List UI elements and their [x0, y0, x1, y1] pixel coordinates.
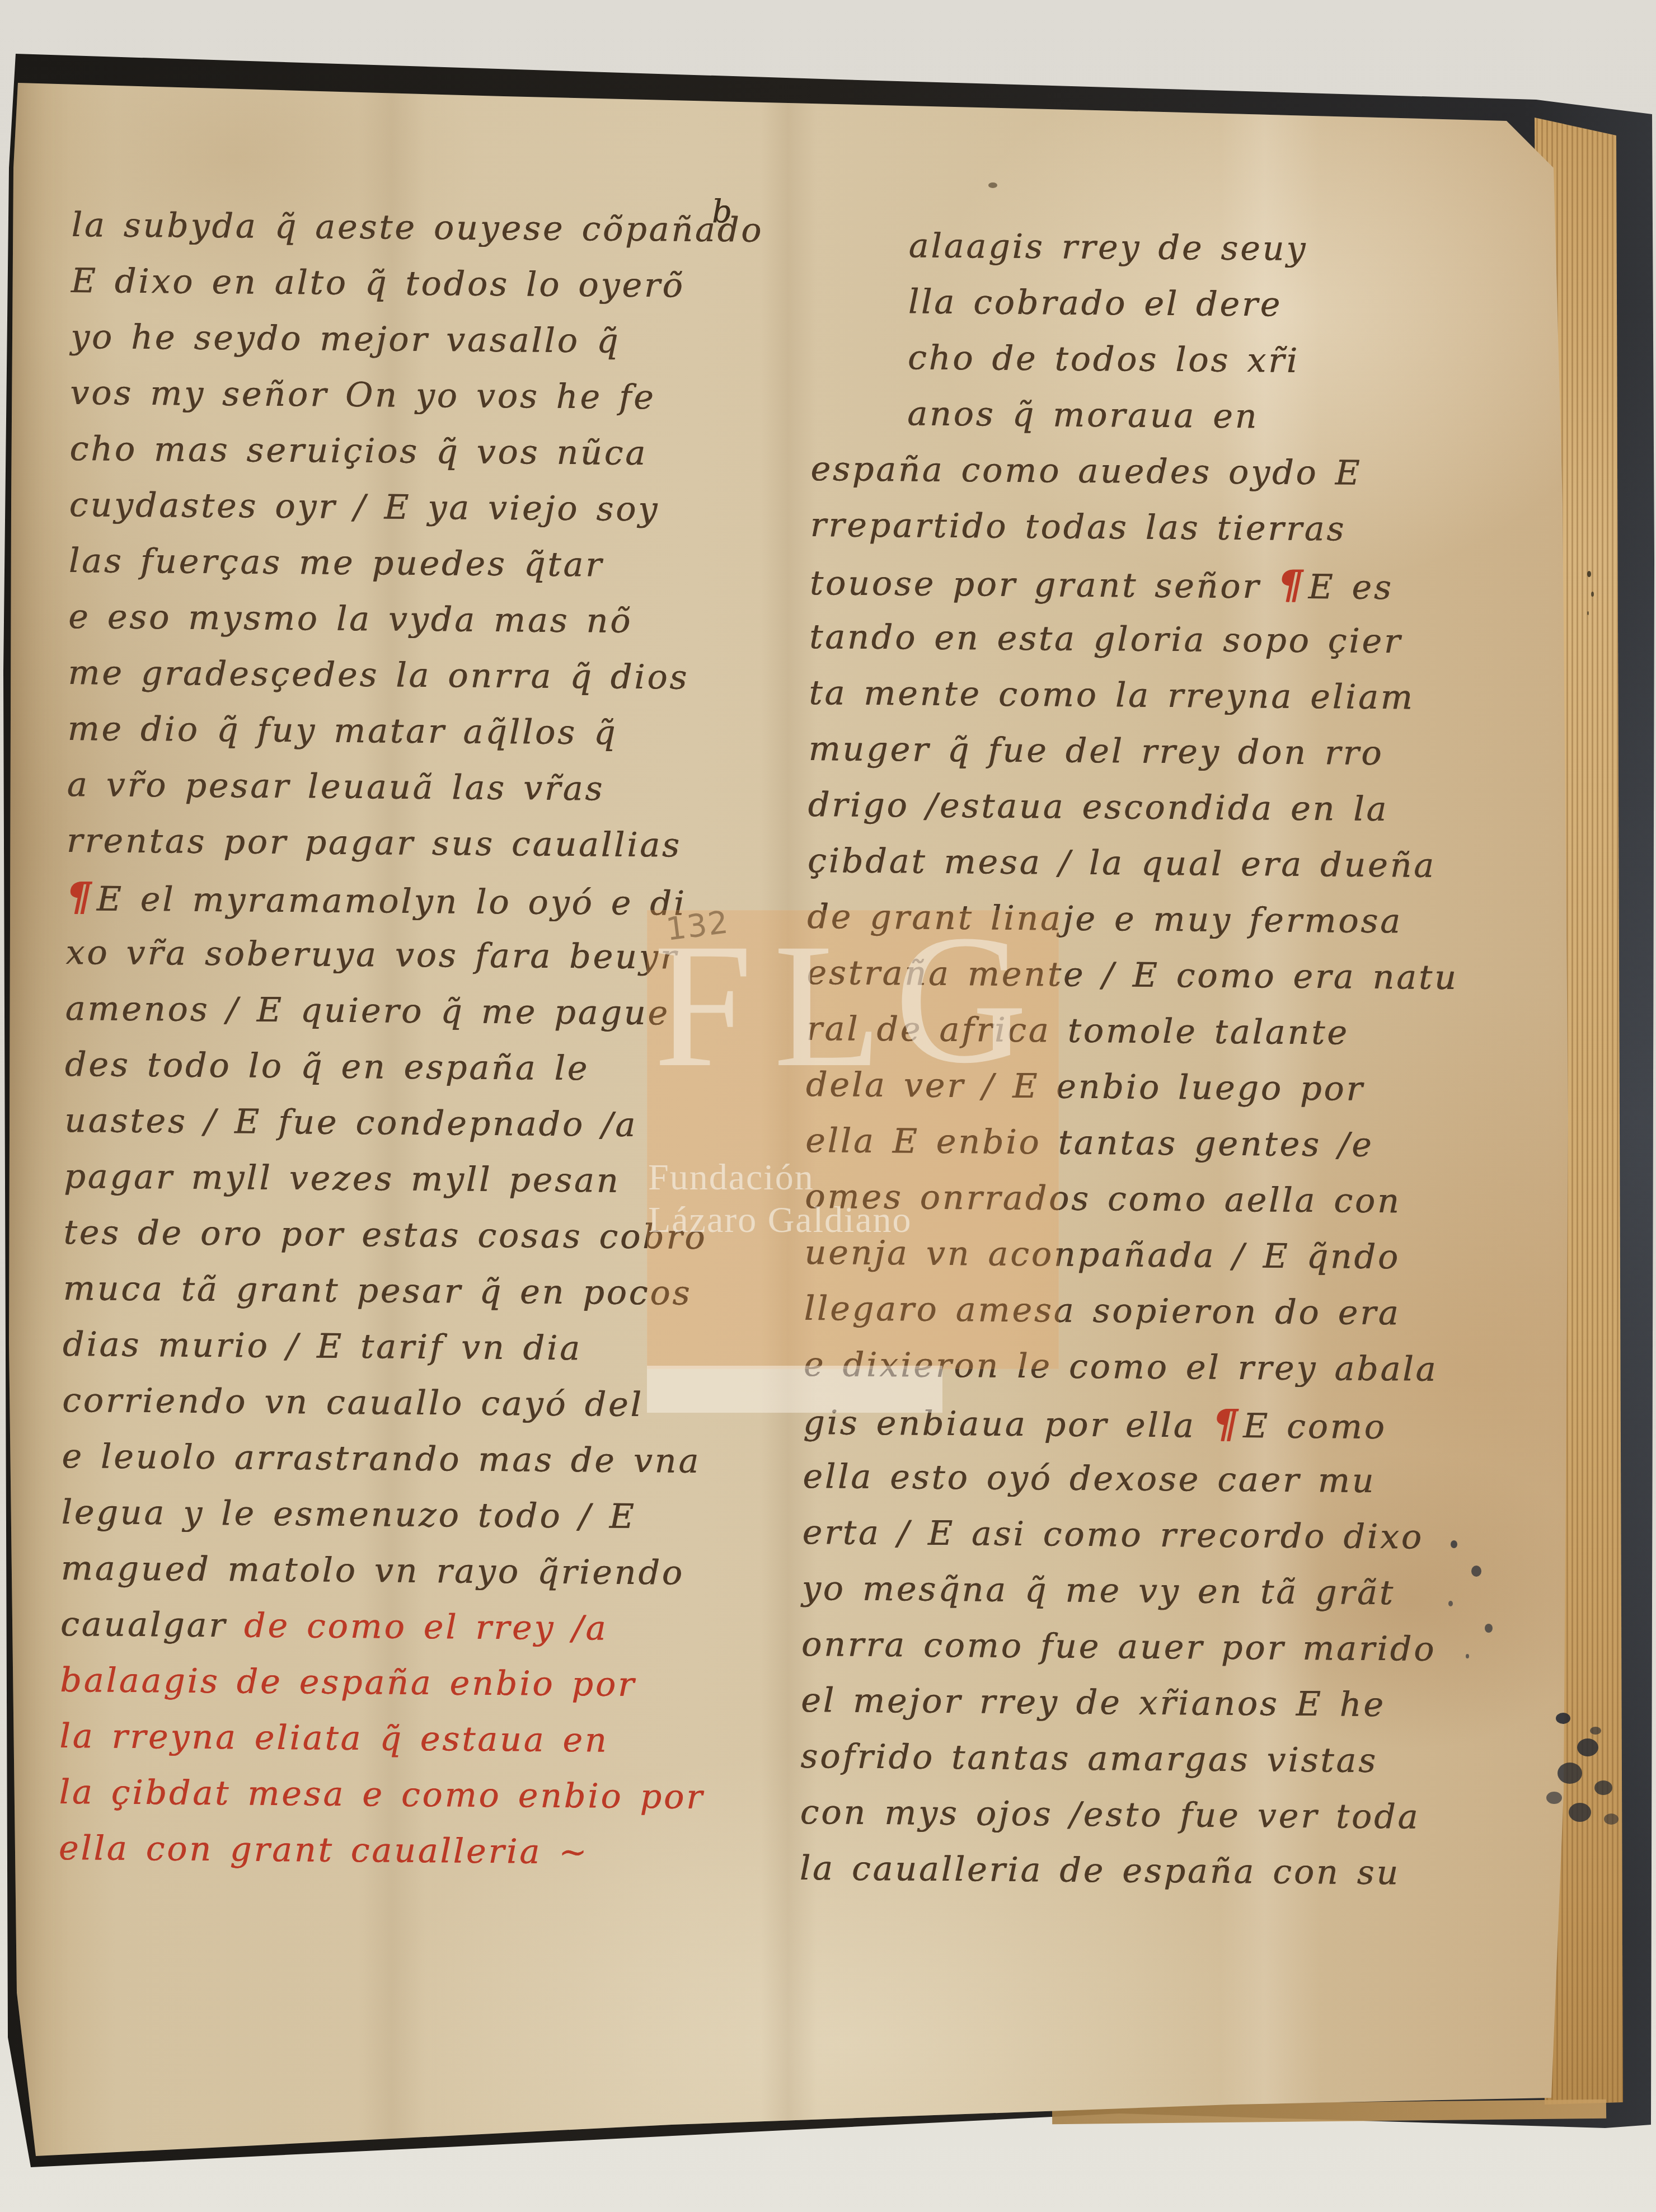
manuscript-line: con mys ojos /esto fue ver toda — [800, 1784, 1452, 1845]
red-paragraph-mark: ¶ — [66, 873, 97, 920]
body-text: des todo lo q̃ en españa le — [65, 1045, 590, 1088]
body-text: ta mente como la rreyna eliam — [809, 673, 1415, 717]
body-text: E como — [1243, 1407, 1387, 1447]
manuscript-line: onrra como fue auer por marido — [801, 1616, 1453, 1677]
body-text: pagar myll vezes myll pesan — [64, 1157, 621, 1201]
ink-blotch-cluster — [1451, 1540, 1457, 1548]
body-text: a vr̃o pesar leuauã las vr̃as — [67, 765, 604, 809]
body-text: erta / E asi como rrecordo dixo — [802, 1513, 1424, 1557]
watermark-foundation-name-line2: Lázaro Galdiano — [648, 1199, 912, 1241]
manuscript-line: la subyda q̃ aeste ouyese cõpañado — [71, 197, 763, 259]
body-text: lla cobrado el dere — [908, 282, 1283, 324]
manuscript-line: e eso mysmo la vyda mas nõ — [68, 589, 761, 650]
body-text: el mejor rrey de xr̃ianos E he — [801, 1681, 1386, 1724]
body-text: cho de todos los xr̃i — [908, 338, 1300, 380]
manuscript-line: la caualleria de españa con su — [799, 1840, 1451, 1901]
body-text: vos my señor On yo vos he fe — [70, 373, 656, 417]
body-text: dias murio / E tarif vn dia — [63, 1325, 583, 1368]
manuscript-line: rrepartido todas las tierras — [810, 497, 1462, 558]
watermark-letter-g: G — [894, 916, 1028, 1084]
body-text: corriendo vn cauallo cayó del — [62, 1381, 644, 1424]
body-text: drigo /estaua escondida en la — [808, 785, 1388, 829]
body-text: ella esto oyó dexose caer mu — [803, 1457, 1376, 1501]
manuscript-line: anos q̃ moraua en — [811, 385, 1463, 446]
body-text: xo vr̃a soberuya vos fara beuyr — [65, 933, 678, 977]
body-text: E el myramamolyn lo oyó e di — [96, 879, 687, 923]
manuscript-line: la rreyna eliata q̃ estaua en — [59, 1708, 752, 1770]
body-text: yo he seydo mejor vasallo q̃ — [71, 317, 621, 361]
rubric-text: de como el rrey /a — [227, 1606, 608, 1648]
body-text: muca tã grant pesar q̃ en pocos — [63, 1269, 692, 1313]
manuscript-line: çibdat mesa / la qual era dueña — [808, 833, 1460, 894]
body-text: me dio q̃ fuy matar aq̃llos q̃ — [67, 709, 617, 753]
manuscript-line: me dio q̃ fuy matar aq̃llos q̃ — [67, 701, 759, 762]
manuscript-line: yo he seydo mejor vasallo q̃ — [71, 309, 763, 371]
rubric-text: ella con grant caualleria ~ — [59, 1829, 589, 1872]
body-text: onrra como fue auer por marido — [801, 1625, 1437, 1669]
manuscript-line: sofrido tantas amargas vistas — [800, 1728, 1452, 1789]
manuscript-photo: la xl bj la subyda q̃ aeste ouyese cõpañ… — [0, 0, 1656, 2212]
body-text: cuydastes oyr / E ya viejo soy — [69, 485, 659, 529]
body-text: amenos / E quiero q̃ me pague — [65, 989, 670, 1033]
body-text: me gradesçedes la onrra q̃ dios — [68, 653, 689, 697]
red-paragraph-mark: ¶ — [1278, 561, 1308, 608]
body-text: E dixo en alto q̃ todos lo oyerõ — [71, 261, 685, 306]
rubric-text: la çibdat mesa e como enbio por — [59, 1773, 705, 1817]
body-text: e leuolo arrastrando mas de vna — [62, 1437, 701, 1481]
body-text: tando en esta gloria sopo çier — [809, 617, 1402, 661]
body-text: tes de oro por estas cosas cobro — [63, 1213, 707, 1257]
ink-speck-cluster — [1587, 571, 1591, 577]
manuscript-line: cho mas seruiçios q̃ vos nũca — [69, 421, 762, 482]
manuscript-line: las fuerças me puedes q̃tar — [69, 533, 761, 594]
body-text: touose por grant señor — [810, 564, 1278, 607]
body-text: çibdat mesa / la qual era dueña — [808, 841, 1437, 885]
body-text: magued matolo vn rayo q̃riendo — [60, 1549, 684, 1593]
body-text: la caualleria de españa con su — [800, 1849, 1401, 1892]
watermark-letter-l: L — [773, 921, 882, 1089]
body-text: yo mesq̃na q̃ me vy en tã grãt — [801, 1569, 1395, 1613]
body-text: e eso mysmo la vyda mas nõ — [68, 597, 633, 641]
gutter-letter-mark: b — [712, 194, 732, 230]
body-text: caualgar — [60, 1605, 227, 1645]
manuscript-line: balaagis de españa enbio por — [60, 1652, 752, 1714]
manuscript-line: cho de todos los xr̃i — [811, 329, 1463, 390]
body-text: legua y le esmenuzo todo / E — [61, 1493, 636, 1536]
manuscript-line: erta / E asi como rrecordo dixo — [802, 1505, 1454, 1566]
ink-blotch-smear — [1556, 1713, 1570, 1724]
body-text: rrentas por pagar sus cauallias — [67, 821, 682, 865]
body-text: sofrido tantas amargas vistas — [800, 1737, 1378, 1780]
manuscript-line: caualgar de como el rrey /a — [60, 1596, 753, 1658]
manuscript-line: la çibdat mesa e como enbio por — [59, 1764, 751, 1826]
manuscript-line: drigo /estaua escondida en la — [808, 777, 1460, 838]
watermark-letter-f: F — [654, 921, 753, 1089]
body-text: españa como auedes oydo E — [810, 449, 1362, 493]
body-text: anos q̃ moraua en — [907, 394, 1259, 436]
manuscript-line: tando en esta gloria sopo çier — [809, 609, 1461, 670]
manuscript-line: el mejor rrey de xr̃ianos E he — [801, 1672, 1453, 1733]
rubric-text: la rreyna eliata q̃ estaua en — [59, 1717, 609, 1760]
manuscript-line: alaagis rrey de seuy — [812, 217, 1464, 278]
body-text: con mys ojos /esto fue ver toda — [800, 1793, 1420, 1837]
manuscript-line: españa como auedes oydo E — [810, 441, 1462, 502]
parchment-page: la xl bj la subyda q̃ aeste ouyese cõpañ… — [0, 0, 1656, 2212]
body-text: muger q̃ fue del rrey don rro — [808, 729, 1383, 773]
body-text: E es — [1308, 568, 1394, 607]
red-paragraph-mark: ¶ — [1212, 1400, 1243, 1447]
manuscript-line: ella esto oyó dexose caer mu — [803, 1449, 1455, 1510]
manuscript-line: a vr̃o pesar leuauã las vr̃as — [67, 757, 759, 818]
manuscript-line: ella con grant caualleria ~ — [58, 1820, 750, 1882]
manuscript-line: vos my señor On yo vos he fe — [70, 365, 762, 427]
manuscript-line: ta mente como la rreyna eliam — [809, 665, 1461, 726]
ink-speck — [988, 182, 997, 188]
manuscript-line: yo mesq̃na q̃ me vy en tã grãt — [801, 1560, 1453, 1621]
manuscript-line: E dixo en alto q̃ todos lo oyerõ — [71, 253, 763, 315]
manuscript-line: lla cobrado el dere — [811, 273, 1463, 334]
body-text: la subyda q̃ aeste ouyese cõpañado — [71, 205, 763, 250]
manuscript-line: muger q̃ fue del rrey don rro — [808, 721, 1460, 782]
body-text: uastes / E fue condepnado /a — [64, 1101, 638, 1145]
body-text: las fuerças me puedes q̃tar — [69, 541, 604, 585]
watermark-bottom-band — [647, 1366, 942, 1413]
watermark-foundation-name-line1: Fundación — [648, 1156, 814, 1199]
manuscript-line: magued matolo vn rayo q̃riendo — [60, 1540, 753, 1602]
body-text: cho mas seruiçios q̃ vos nũca — [69, 429, 648, 473]
manuscript-line: cuydastes oyr / E ya viejo soy — [69, 477, 761, 538]
body-text: alaagis rrey de seuy — [908, 226, 1307, 269]
manuscript-line: touose por grant señor ¶E es — [810, 553, 1462, 614]
manuscript-line: legua y le esmenuzo todo / E — [61, 1484, 753, 1546]
rubric-text: balaagis de españa enbio por — [60, 1661, 636, 1704]
manuscript-line: rrentas por pagar sus cauallias — [67, 813, 759, 874]
body-text: rrepartido todas las tierras — [810, 505, 1346, 549]
manuscript-line: me gradesçedes la onrra q̃ dios — [68, 645, 760, 706]
manuscript-line: e leuolo arrastrando mas de vna — [62, 1428, 754, 1490]
